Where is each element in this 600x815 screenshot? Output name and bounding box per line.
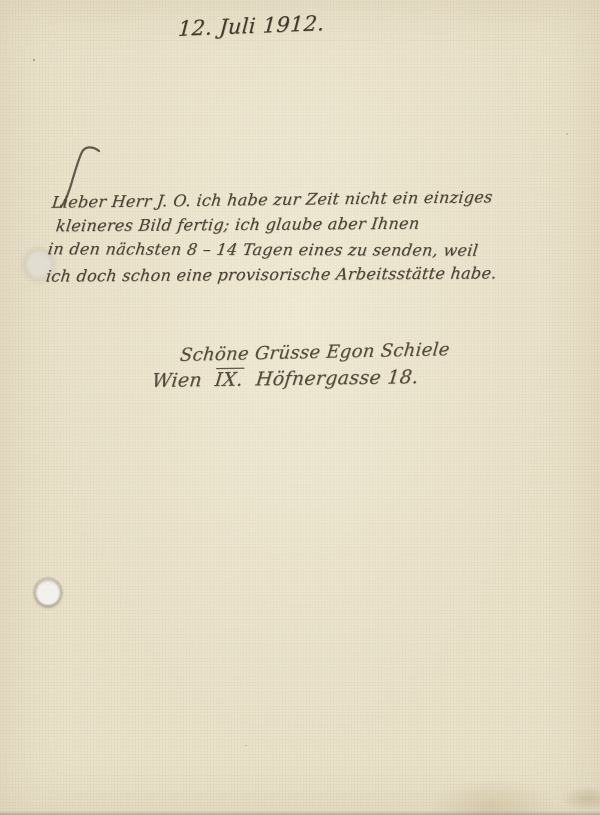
body-line: ich doch schon eine provisorische Arbeit… [45,263,498,285]
signature-closing: Schöne Grüsse Egon Schiele [179,339,451,366]
address-district: IX. [214,369,244,391]
body-line: kleineres Bild fertig; ich glaube aber I… [55,214,421,236]
letter-date: 12. Juli 1912. [177,11,325,41]
punch-hole-bottom [36,580,60,605]
address-city: Wien [151,369,203,392]
body-line: Lieber Herr J. O. ich habe zur Zeit nich… [51,187,494,211]
paper-bottom-edge [0,811,600,815]
paper-speck [245,745,247,746]
paper-speck [33,59,35,61]
ink-flourish [0,0,600,815]
paper-speck [566,133,568,135]
signature-address: Wien IX. Höfnergasse 18. [151,366,420,392]
address-street: Höfnergasse 18. [255,366,420,390]
body-line: in den nächsten 8 – 14 Tagen eines zu se… [47,239,480,259]
letter-scan: 12. Juli 1912. Lieber Herr J. O. ich hab… [0,0,600,815]
